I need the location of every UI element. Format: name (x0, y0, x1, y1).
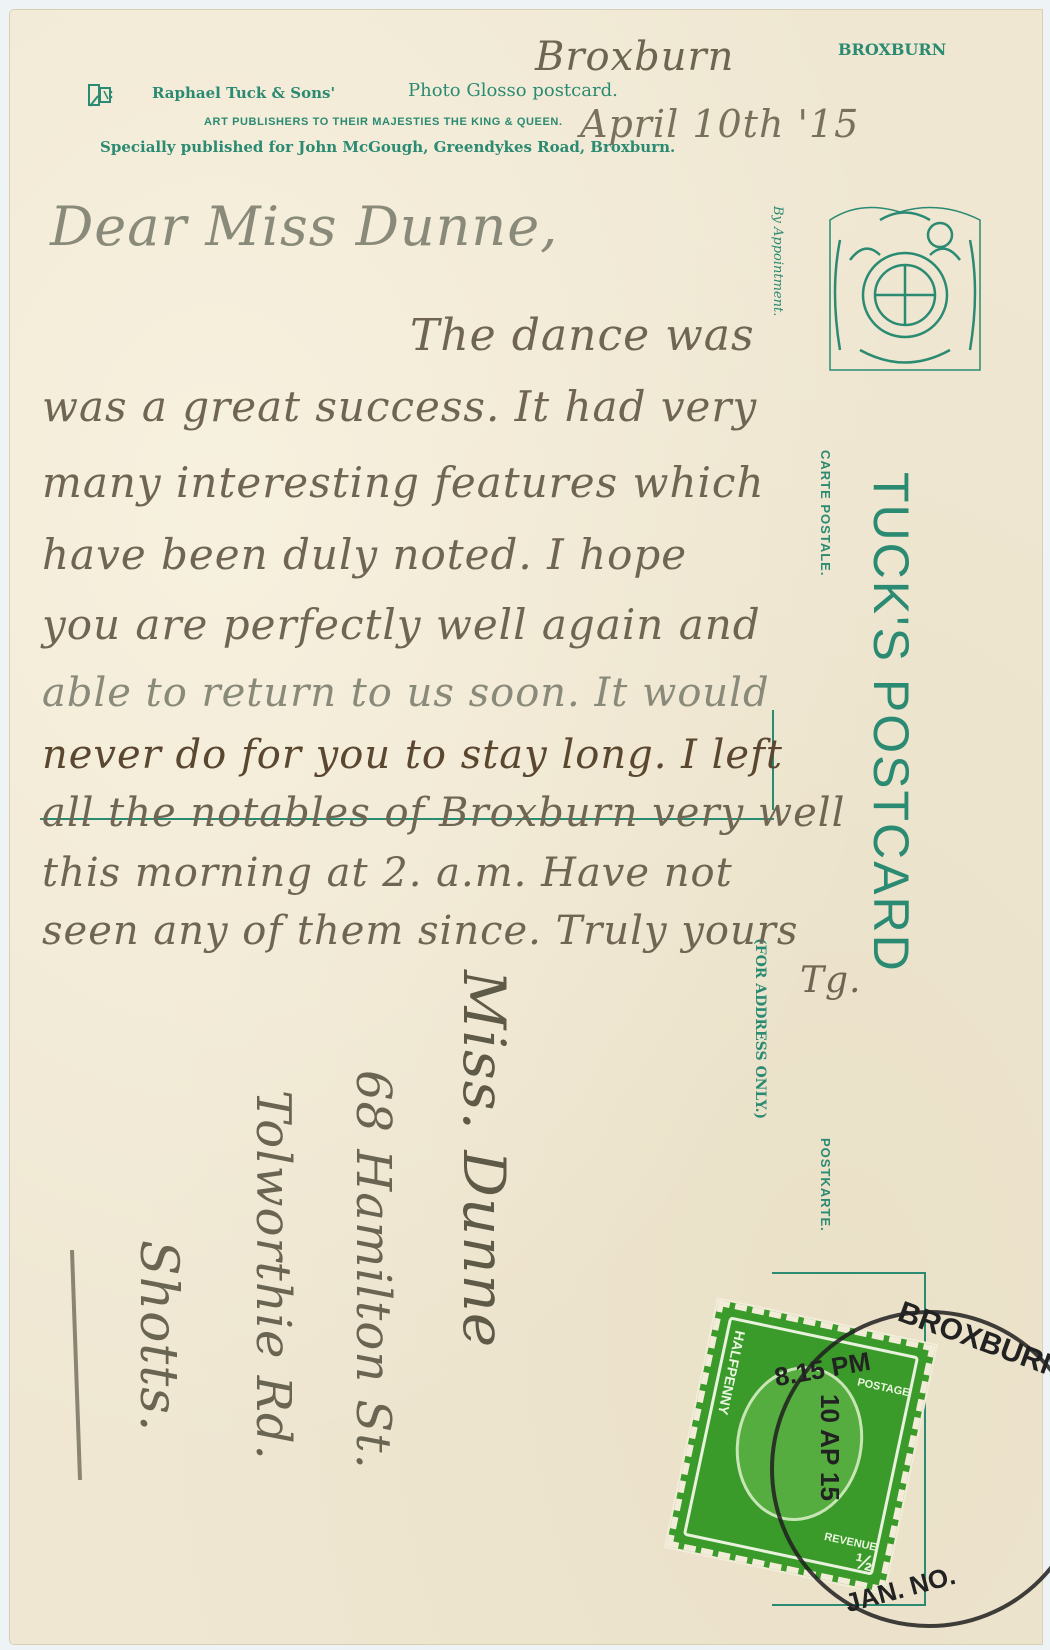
handwritten-place: Broxburn (535, 34, 734, 80)
message-line-1: The dance was (410, 310, 755, 361)
address-road: Tolworthie Rd. (245, 1090, 301, 1461)
message-line-2: was a great success. It had very (42, 382, 757, 431)
tucks-postcard-title: TUCK'S POSTCARD (862, 472, 920, 973)
handwritten-date: April 10th '15 (580, 102, 859, 146)
message-line-3: many interesting features which (42, 458, 765, 507)
appointment-line: ART PUBLISHERS TO THEIR MAJESTIES THE KI… (204, 116, 563, 128)
royal-crest-icon (820, 200, 990, 380)
message-line-7: never do for you to stay long. I left (42, 732, 783, 778)
postmark-bottom: JAN. NO. (842, 1560, 959, 1619)
signature: Tg. (800, 960, 862, 1001)
message-line-4: have been duly noted. I hope (42, 530, 687, 579)
for-address-only-label: (FOR ADDRESS ONLY.) (752, 938, 768, 1119)
carte-postale-label: CARTE POSTALE. (818, 450, 833, 576)
easel-palette-logo-icon (86, 82, 114, 110)
address-name: Miss. Dunne (450, 970, 518, 1348)
postmark-date: 10 AP 15 (814, 1394, 845, 1501)
message-line-5: you are perfectly well again and (42, 600, 761, 649)
message-line-9: this morning at 2. a.m. Have not (42, 850, 733, 896)
address-town: Shotts. (128, 1240, 188, 1432)
by-appointment-label: By Appointment. (770, 206, 785, 316)
message-line-8: all the notables of Broxburn very well (42, 790, 845, 836)
address-street: 68 Hamilton St. (345, 1070, 401, 1470)
postcard: Raphael Tuck & Sons' Photo Glosso postca… (10, 10, 1042, 1644)
product-line: Photo Glosso postcard. (408, 80, 618, 101)
postmark-town: BROXBURN (893, 1295, 1050, 1386)
message-line-10: seen any of them since. Truly yours (42, 908, 798, 954)
publisher-line: Raphael Tuck & Sons' (152, 84, 335, 102)
postkarte-label: POSTKARTE. (818, 1138, 833, 1232)
message-line-6: able to return to us soon. It would (42, 670, 770, 716)
salutation: Dear Miss Dunne, (50, 195, 558, 258)
address-underline (70, 1250, 82, 1480)
location-label: BROXBURN (838, 40, 946, 59)
